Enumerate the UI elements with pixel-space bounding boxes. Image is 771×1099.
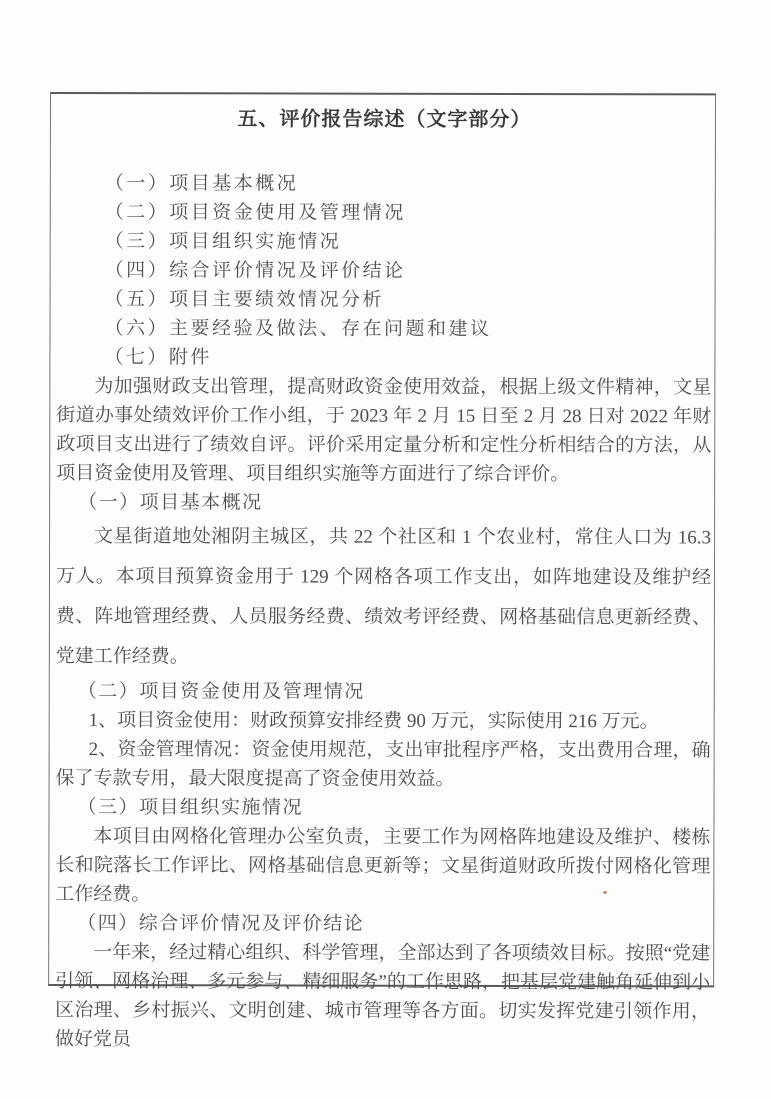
section-paragraph: 本项目由网格化管理办公室负责，主要工作为网格阵地建设及维护、楼栋长和院落长工作评… (55, 822, 710, 910)
outline-list: （一）项目基本概况（二）项目资金使用及管理情况（三）项目组织实施情况（四）综合评… (104, 169, 711, 373)
section-heading: （三）项目组织实施情况 (55, 793, 710, 823)
section-paragraph: 2、资金管理情况：资金使用规范，支出审批程序严格，支出费用合理，确保了专款专用，… (56, 735, 711, 794)
outline-item: （一）项目基本概况 (105, 169, 712, 199)
outline-item: （七）附件 (104, 343, 711, 373)
report-title: 五、评价报告综述（文字部分） (57, 104, 712, 135)
scanned-report-page: 五、评价报告综述（文字部分） （一）项目基本概况（二）项目资金使用及管理情况（三… (0, 0, 771, 1099)
section-paragraph: 文星街道地处湘阴主城区，共 22 个社区和 1 个农业村，常住人口为 16.3 … (56, 517, 711, 678)
section-paragraph: 一年来，经过精心组织、科学管理，全部达到了各项绩效目标。按照“党建引领、网格治理… (55, 938, 710, 1055)
section-heading: （二）项目资金使用及管理情况 (56, 677, 711, 707)
section-paragraph: 1、项目资金使用：财政预算安排经费 90 万元，实际使用 216 万元。 (56, 706, 711, 736)
outline-item: （六）主要经验及做法、存在问题和建议 (104, 314, 711, 344)
outline-item: （五）项目主要绩效情况分析 (105, 285, 712, 315)
outline-item: （二）项目资金使用及管理情况 (105, 198, 712, 228)
sections-container: （一）项目基本概况文星街道地处湘阴主城区，共 22 个社区和 1 个农业村，常住… (55, 488, 711, 1055)
red-ink-speck (603, 891, 607, 894)
report-border-frame: 五、评价报告综述（文字部分） （一）项目基本概况（二）项目资金使用及管理情况（三… (48, 92, 716, 987)
section-heading: （一）项目基本概况 (56, 488, 711, 518)
outline-item: （三）项目组织实施情况 (105, 227, 712, 257)
section-heading: （四）综合评价情况及评价结论 (55, 909, 710, 939)
outline-item: （四）综合评价情况及评价结论 (105, 256, 712, 286)
intro-paragraph: 为加强财政支出管理，提高财政资金使用效益，根据上级文件精神，文星街道办事处绩效评… (56, 372, 711, 489)
